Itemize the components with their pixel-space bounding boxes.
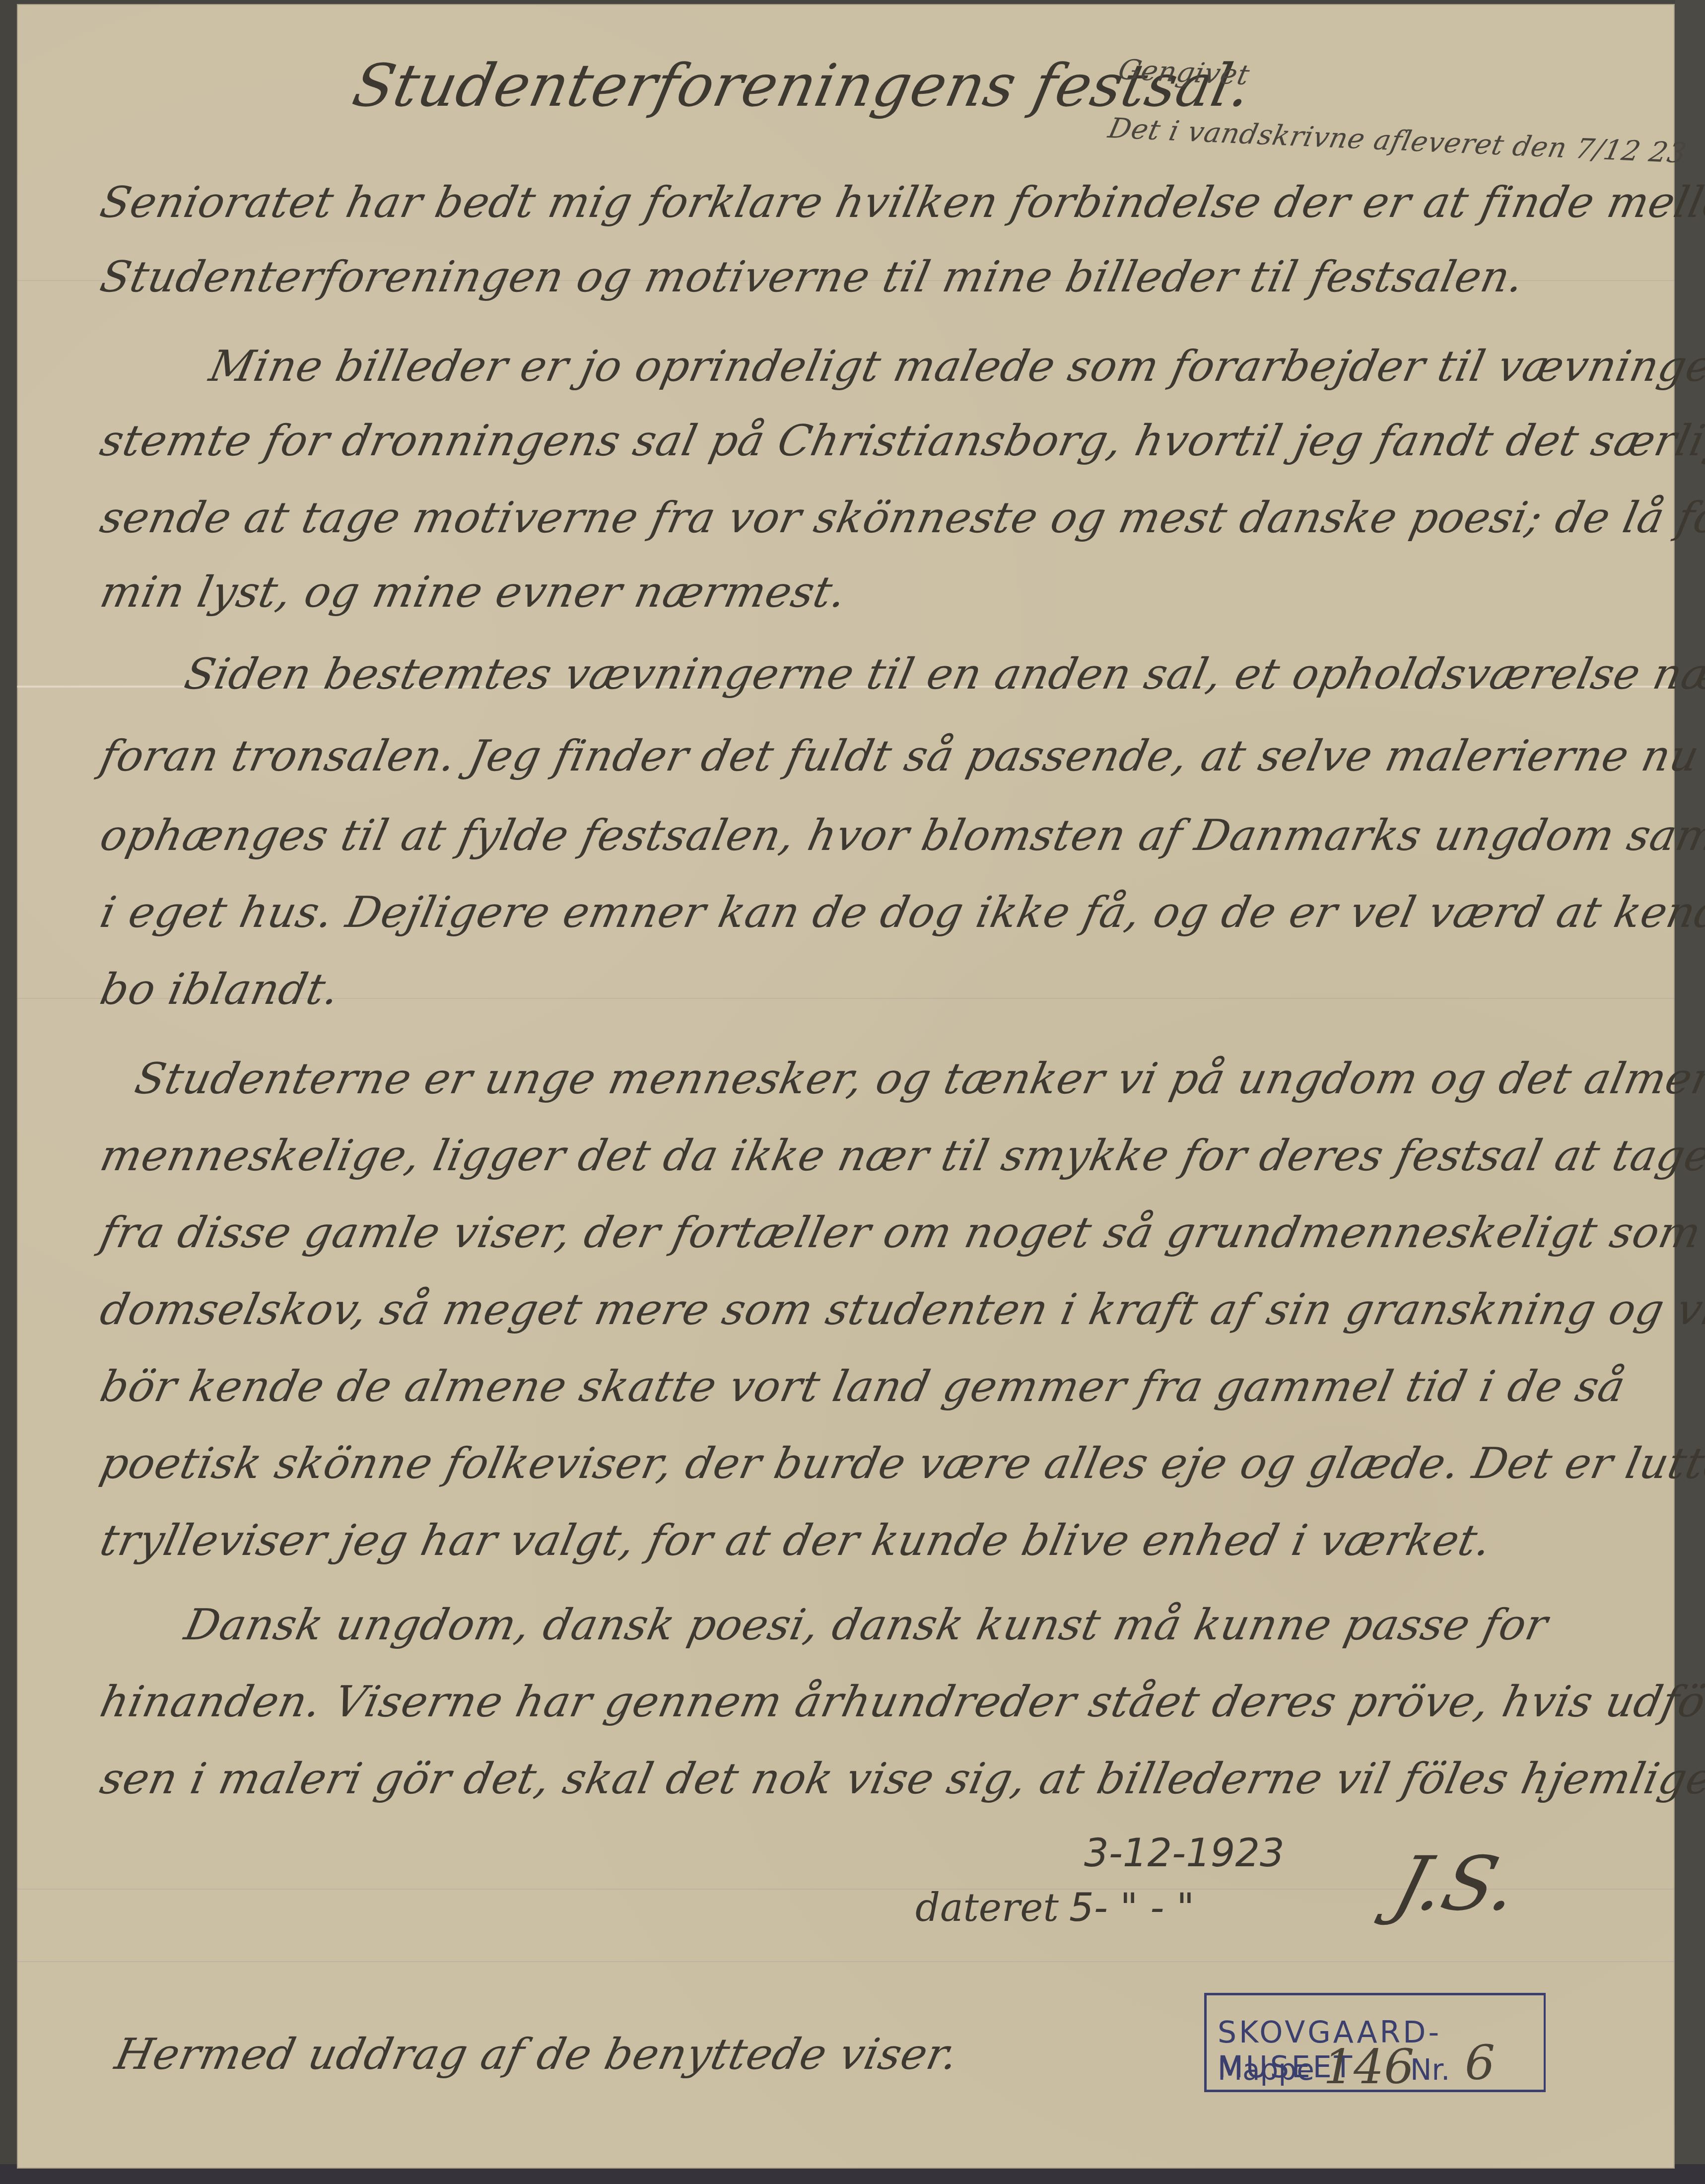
signature-initials: J.S.	[1385, 1841, 1528, 1927]
body-line: stemte for dronningens sal på Christians…	[96, 416, 1705, 466]
dated-label: dateret	[915, 1886, 1059, 1930]
body-line: bo iblandt.	[96, 965, 344, 1014]
body-line: bör kende de almene skatte vort land gem…	[96, 1362, 1630, 1411]
body-line: Dansk ungdom, dansk poesi, dansk kunst m…	[180, 1600, 1552, 1650]
stamp-number-label: Nr.	[1410, 2053, 1450, 2087]
original-date: 5- " - "	[1069, 1886, 1194, 1930]
body-line: poetisk skönne folkeviser, der burde vær…	[96, 1439, 1705, 1488]
stamp-number-value: 6	[1465, 2035, 1495, 2091]
body-line: Senioratet har bedt mig forklare hvilken…	[96, 178, 1705, 227]
body-line: min lyst, og mine evner nærmest.	[96, 567, 851, 617]
stamp-folder-label: Mappe	[1218, 2053, 1314, 2087]
enclosure-note: Hermed uddrag af de benyttede viser.	[111, 2030, 962, 2079]
margin-note-line-1: Gengivet	[1115, 54, 1253, 91]
body-line: trylleviser jeg har valgt, for at der ku…	[96, 1516, 1496, 1565]
body-line: Studenterne er unge mennesker, og tænker…	[131, 1054, 1705, 1104]
body-line: foran tronsalen. Jeg finder det fuldt så…	[96, 731, 1704, 781]
museum-stamp: SKOVGAARD-MUSEET Mappe 146 Nr. 6	[1204, 1993, 1546, 2092]
body-line: domselskov, så meget mere som studenten …	[96, 1285, 1705, 1335]
body-line: fra disse gamle viser, der fortæller om …	[96, 1208, 1705, 1258]
corrected-date: 3-12-1923	[1084, 1831, 1285, 1876]
body-line: Studenterforeningen og motiverne til min…	[96, 252, 1529, 302]
letter-page: Studenterforeningens festsal. Gengivet D…	[17, 4, 1675, 2169]
margin-note-line-2: Det i vandskrivne afleveret den 7/12 23	[1105, 112, 1690, 169]
stamp-folder-row: Mappe	[1218, 2053, 1314, 2087]
stamp-folder-number: 146	[1323, 2039, 1414, 2095]
body-line: menneskelige, ligger det da ikke nær til…	[96, 1131, 1705, 1181]
body-line: sen i maleri gör det, skal det nok vise …	[96, 1754, 1705, 1804]
body-line: sende at tage motiverne fra vor skönnest…	[96, 493, 1705, 543]
ruled-line	[17, 1961, 1675, 1962]
body-line: i eget hus. Dejligere emner kan de dog i…	[96, 888, 1705, 937]
body-line: ophænges til at fylde festsalen, hvor bl…	[96, 811, 1705, 860]
body-line: Siden bestemtes vævningerne til en anden…	[180, 649, 1705, 699]
body-line: hinanden. Viserne har gennem århundreder…	[96, 1677, 1705, 1727]
body-line: Mine billeder er jo oprindeligt malede s…	[205, 342, 1705, 391]
